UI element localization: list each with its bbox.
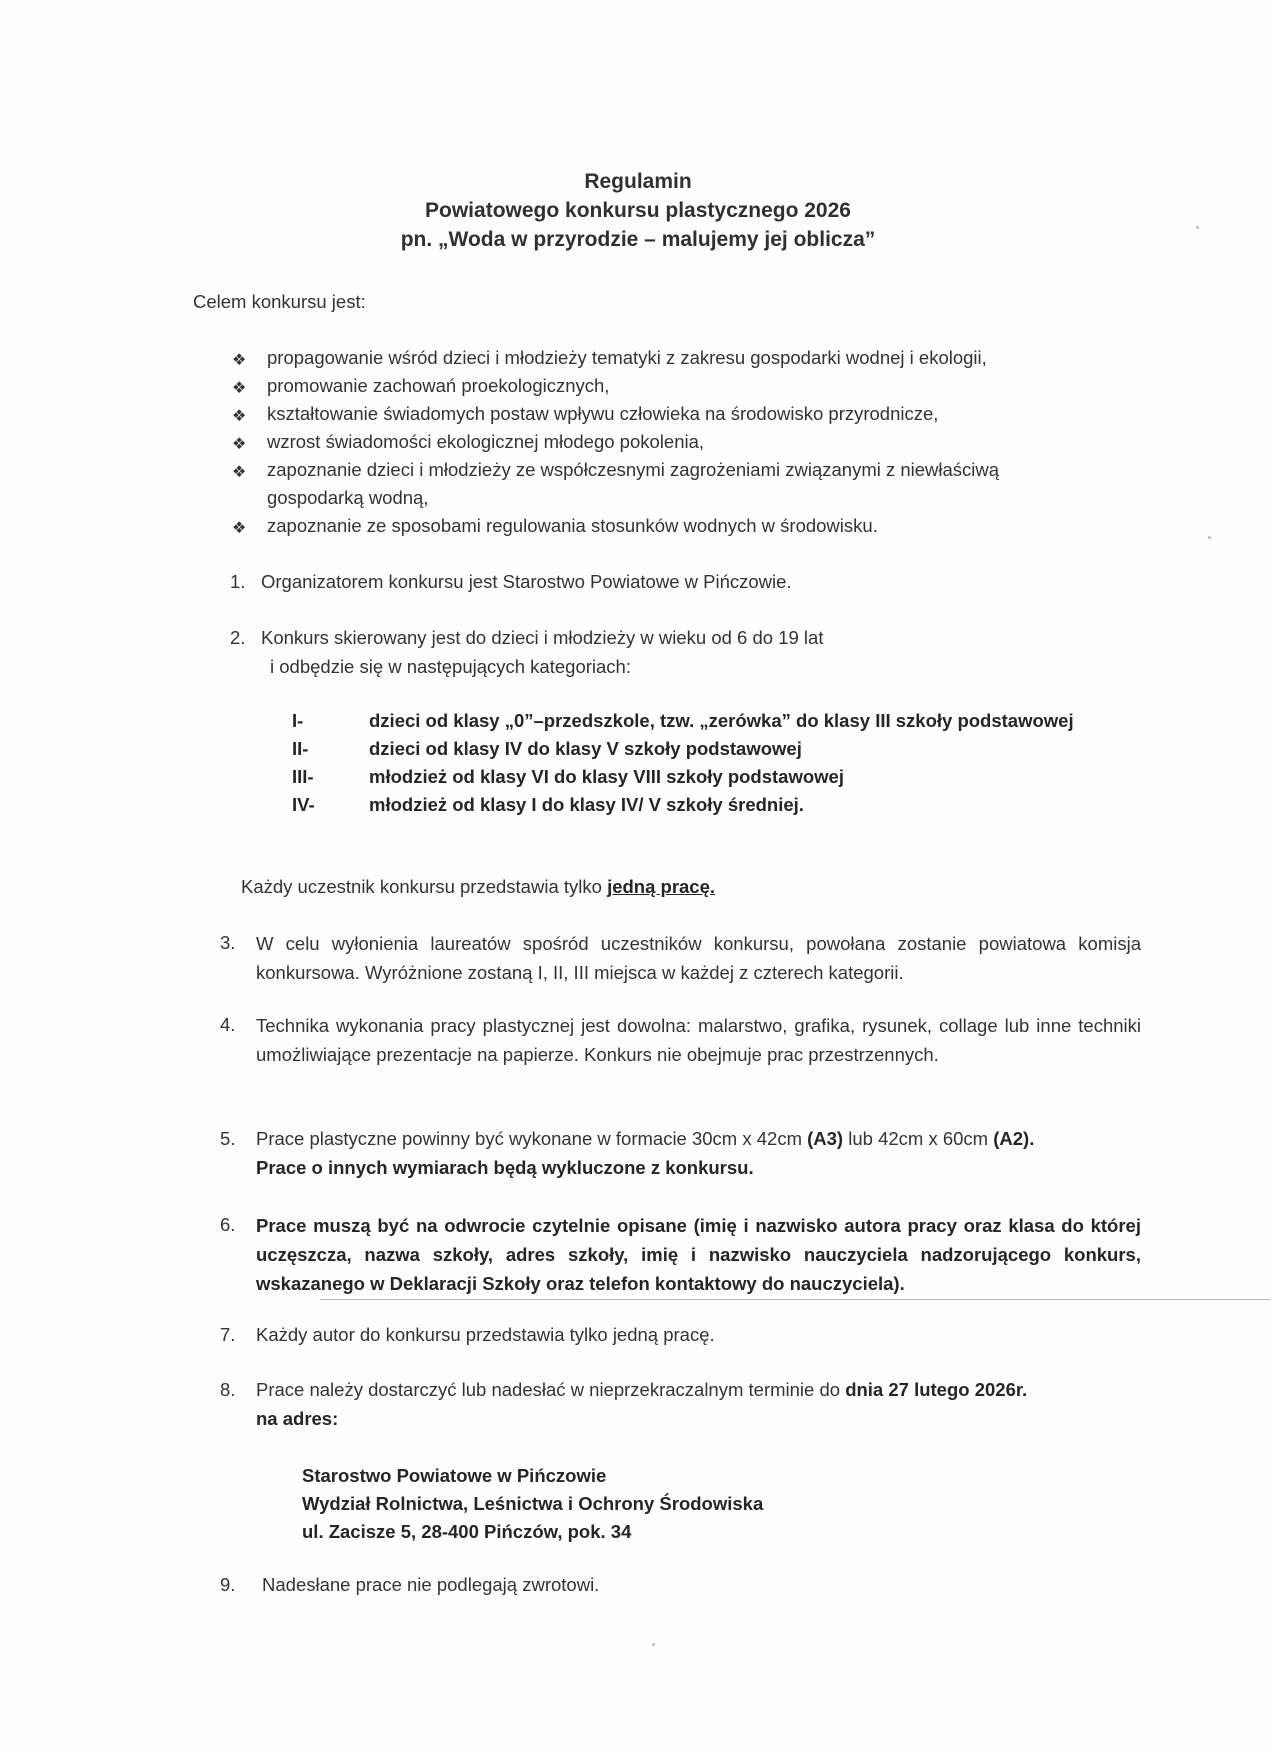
- scan-speck: [1208, 536, 1211, 539]
- bullet-icon: ❖: [232, 462, 246, 482]
- category-number: IV-: [292, 794, 315, 816]
- scanned-document-page: Regulamin Powiatowego konkursu plastyczn…: [0, 0, 1276, 1755]
- rule-5-text-cont: Prace o innych wymiarach będą wykluczone…: [256, 1157, 754, 1179]
- format-a2: (A2).: [993, 1128, 1034, 1149]
- rule-2-number: 2.: [230, 627, 245, 649]
- rule-7-text: Każdy autor do konkursu przedstawia tylk…: [256, 1324, 715, 1346]
- rule-1-text: Organizatorem konkursu jest Starostwo Po…: [261, 571, 792, 593]
- address-line: Starostwo Powiatowe w Pińczowie: [302, 1465, 606, 1487]
- scan-speck: [652, 1643, 655, 1646]
- category-text: dzieci od klasy „0”–przedszkole, tzw. „z…: [369, 710, 1074, 732]
- rule-9-text: Nadesłane prace nie podlegają zwrotowi.: [262, 1574, 599, 1596]
- category-number: III-: [292, 766, 314, 788]
- rule-5-text-part: lub 42cm x 60cm: [843, 1128, 993, 1149]
- rule-8-text-part: Prace należy dostarczyć lub nadesłać w n…: [256, 1379, 845, 1400]
- list-item: kształtowanie świadomych postaw wpływu c…: [267, 403, 938, 425]
- scan-artifact-line: [320, 1299, 1270, 1300]
- bullet-icon: ❖: [232, 434, 246, 454]
- category-number: I-: [292, 710, 303, 732]
- rule-3-number: 3.: [220, 932, 235, 954]
- one-work-note: Każdy uczestnik konkursu przedstawia tyl…: [241, 876, 715, 898]
- rule-7-number: 7.: [220, 1324, 235, 1346]
- goals-intro: Celem konkursu jest:: [193, 291, 366, 313]
- rule-9-number: 9.: [220, 1574, 235, 1596]
- doc-subtitle: Powiatowego konkursu plastycznego 2026: [0, 199, 1276, 223]
- address-line: Wydział Rolnictwa, Leśnictwa i Ochrony Ś…: [302, 1493, 763, 1515]
- category-number: II-: [292, 738, 308, 760]
- list-item: propagowanie wśród dzieci i młodzieży te…: [267, 347, 987, 369]
- category-text: młodzież od klasy I do klasy IV/ V szkoł…: [369, 794, 804, 816]
- rule-1-number: 1.: [230, 571, 245, 593]
- rule-4-number: 4.: [220, 1014, 235, 1036]
- rule-2-text: Konkurs skierowany jest do dzieci i młod…: [261, 627, 823, 649]
- bullet-icon: ❖: [232, 378, 246, 398]
- one-work-emphasis: jedną pracę.: [607, 876, 715, 897]
- rule-5-number: 5.: [220, 1128, 235, 1150]
- rule-5-text: Prace plastyczne powinny być wykonane w …: [256, 1128, 1034, 1150]
- rule-6-number: 6.: [220, 1214, 235, 1236]
- list-item: promowanie zachowań proekologicznych,: [267, 375, 609, 397]
- one-work-text: Każdy uczestnik konkursu przedstawia tyl…: [241, 876, 607, 897]
- address-line: ul. Zacisze 5, 28-400 Pińczów, pok. 34: [302, 1521, 631, 1543]
- list-item-continuation: gospodarką wodną,: [267, 487, 428, 509]
- rule-5-text-part: Prace plastyczne powinny być wykonane w …: [256, 1128, 807, 1149]
- doc-title: Regulamin: [0, 170, 1276, 194]
- contest-name: pn. „Woda w przyrodzie – malujemy jej ob…: [0, 228, 1276, 252]
- rule-2-text-cont: i odbędzie się w następujących kategoria…: [270, 656, 631, 678]
- rule-6-text: Prace muszą być na odwrocie czytelnie op…: [256, 1211, 1141, 1298]
- list-item: wzrost świadomości ekologicznej młodego …: [267, 431, 704, 453]
- list-item: zapoznanie ze sposobami regulowania stos…: [267, 515, 878, 537]
- scan-speck: [1196, 226, 1199, 229]
- rule-8-number: 8.: [220, 1379, 235, 1401]
- rule-3-text: W celu wyłonienia laureatów spośród ucze…: [256, 929, 1141, 987]
- format-a3: (A3): [807, 1128, 843, 1149]
- category-text: dzieci od klasy IV do klasy V szkoły pod…: [369, 738, 802, 760]
- rule-8-text: Prace należy dostarczyć lub nadesłać w n…: [256, 1379, 1027, 1401]
- rule-4-text: Technika wykonania pracy plastycznej jes…: [256, 1011, 1141, 1069]
- deadline-date: dnia 27 lutego 2026r.: [845, 1379, 1027, 1400]
- bullet-icon: ❖: [232, 518, 246, 538]
- bullet-icon: ❖: [232, 350, 246, 370]
- list-item: zapoznanie dzieci i młodzieży ze współcz…: [267, 459, 999, 481]
- bullet-icon: ❖: [232, 406, 246, 426]
- rule-8-text-cont: na adres:: [256, 1408, 338, 1430]
- category-text: młodzież od klasy VI do klasy VIII szkoł…: [369, 766, 844, 788]
